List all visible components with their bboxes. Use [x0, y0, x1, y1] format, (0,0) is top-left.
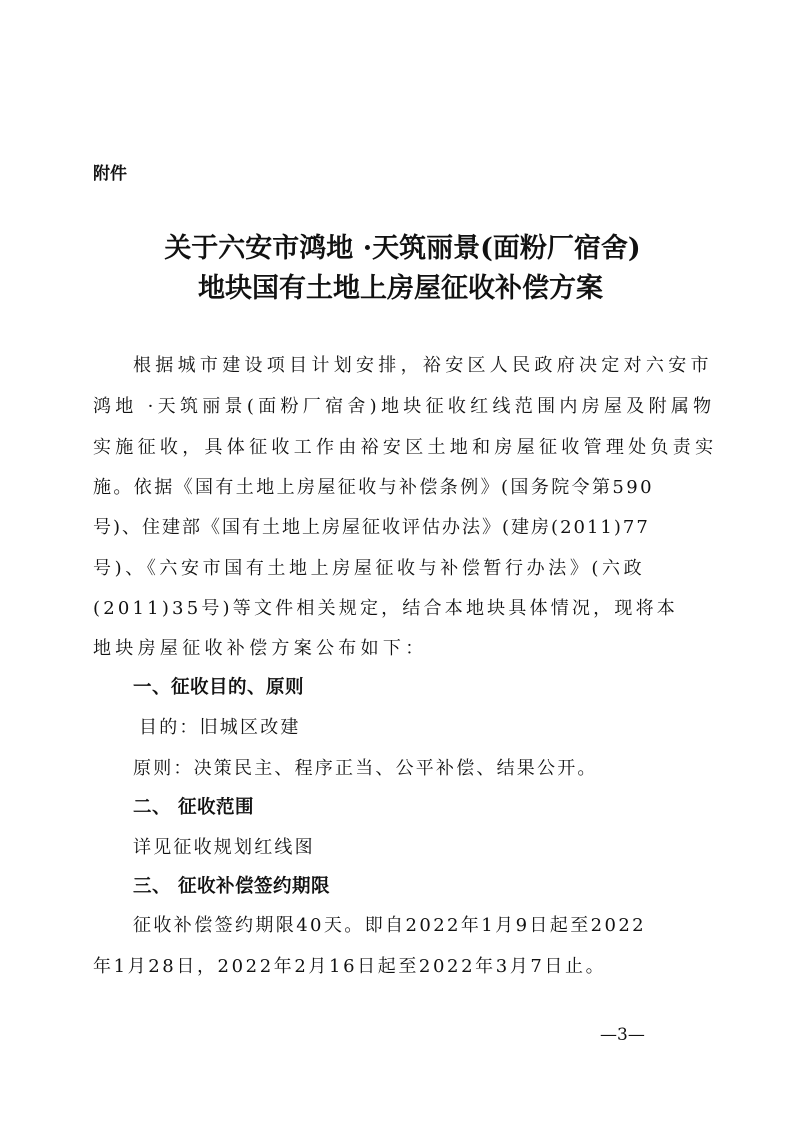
intro-line: 鸿地 ·天筑丽景(面粉厂宿舍)地块征收红线范围内房屋及附属物: [93, 395, 693, 419]
section-text: 目的：旧城区改建: [139, 716, 301, 740]
page-number: —3—: [600, 1025, 645, 1045]
section-text: 原则：决策民主、程序正当、公平补偿、结果公开。: [133, 757, 598, 781]
section-text: 征收补偿签约期限40天。即自2022年1月9日起至2022: [133, 914, 733, 938]
intro-line: (2011)35号)等文件相关规定，结合本地块具体情况，现将本: [93, 597, 693, 621]
intro-line: 实施征收，具体征收工作由裕安区土地和房屋征收管理处负责实: [93, 436, 693, 460]
document-title-line-1: 关于六安市鸿地 ·天筑丽景(面粉厂宿舍): [0, 232, 793, 266]
document-title-line-2: 地块国有土地上房屋征收补偿方案: [0, 272, 793, 306]
section-heading: 一、征收目的、原则: [133, 676, 304, 700]
attachment-label: 附件: [93, 159, 127, 184]
document-page: 附件 关于六安市鸿地 ·天筑丽景(面粉厂宿舍) 地块国有土地上房屋征收补偿方案 …: [0, 0, 793, 1122]
intro-line: 号)、住建部《国有土地上房屋征收评估办法》(建房(2011)77: [93, 516, 693, 540]
intro-line: 根据城市建设项目计划安排，裕安区人民政府决定对六安市: [133, 354, 733, 378]
section-text: 详见征收规划红线图: [133, 836, 315, 860]
section-text: 年1月28日，2022年2月16日起至2022年3月7日止。: [93, 955, 693, 979]
section-heading: 三、 征收补偿签约期限: [133, 875, 330, 899]
intro-line: 地块房屋征收补偿方案公布如下：: [93, 637, 693, 661]
intro-line: 施。依据《国有土地上房屋征收与补偿条例》(国务院令第590: [93, 476, 693, 500]
section-heading: 二、 征收范围: [133, 796, 254, 820]
intro-line: 号)、《六安市国有土地上房屋征收与补偿暂行办法》(六政: [93, 557, 693, 581]
